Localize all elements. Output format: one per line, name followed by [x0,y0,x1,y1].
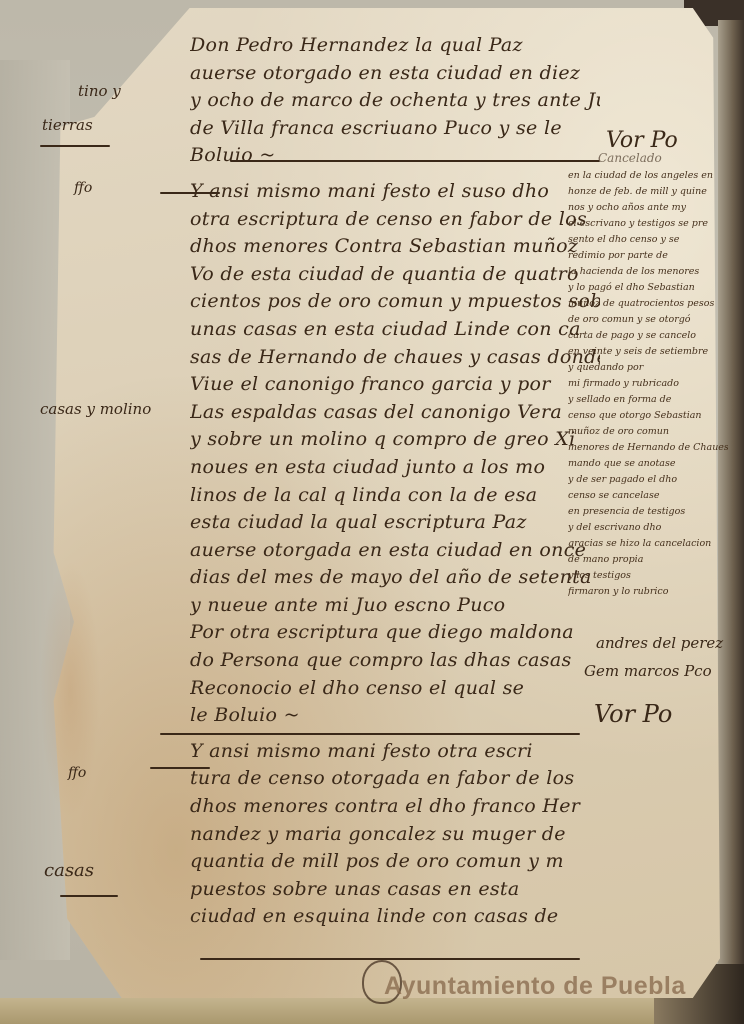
text-line: nandez y maria goncalez su muger de [190,821,600,849]
margin-note-1-line1: tino y [78,82,121,100]
text-line: unas casas en esta ciudad Linde con ca [190,316,600,344]
text-line: dias del mes de mayo del año de setenta [190,564,600,592]
text-line: de Villa franca escriuano Puco y se le [190,115,600,143]
text-line: dhos menores contra el dho franco Her [190,793,600,821]
text-line: y ocho de marco de ochenta y tres ante J… [190,87,600,115]
signature-middle-line2: Gem marcos Pco [584,662,712,680]
main-text-block: Don Pedro Hernandez la qual Paz auerse o… [190,32,600,931]
text-line: Por otra escriptura que diego maldona [190,619,600,647]
folio-mark-2: ffo [68,765,86,781]
watermark: Ayuntamiento de Puebla [384,972,686,1001]
text-line: le Boluio ~ [190,702,600,730]
text-line: dhos menores Contra Sebastian muñoz [190,233,600,261]
entry-flourish [160,192,220,194]
text-line: Don Pedro Hernandez la qual Paz [190,32,600,60]
text-line: otra escriptura de censo en fabor de los [190,206,600,234]
text-line: Y ansi mismo mani festo el suso dho [190,178,600,206]
text-line: y nueue ante mi Juo escno Puco [190,592,600,620]
text-line: auerse otorgada en esta ciudad en once [190,537,600,565]
text-line: Reconocio el dho censo el qual se [190,675,600,703]
text-line: noues en esta ciudad junto a los mo [190,454,600,482]
text-line: ciudad en esquina linde con casas de [190,903,600,931]
folio-mark-1: ffo [74,180,92,196]
text-line: linos de la cal q linda con la de esa [190,482,600,510]
cancelled-label: Cancelado [598,150,728,166]
text-line: auerse otorgado en esta ciudad en diez [190,60,600,88]
water-stain [40,560,100,820]
margin-note-1-line2: tierras [42,116,93,134]
text-line: Viue el canonigo franco garcia y por [190,371,600,399]
text-line: quantia de mill pos de oro comun y m [190,848,600,876]
signature-bottom: Vor Po [594,700,672,728]
text-line: y sobre un molino q compro de greo Xi [190,426,600,454]
text-line: do Persona que compro las dhas casas [190,647,600,675]
margin-note-2: casas y molino [40,400,151,418]
text-line: tura de censo otorgada en fabor de los [190,765,600,793]
text-line: Boluio ~ [190,142,600,170]
text-line: Y ansi mismo mani festo otra escri [190,738,600,766]
text-line: Las espaldas casas del canonigo Vera [190,399,600,427]
signature-middle-line1: andres del perez [596,634,723,652]
text-line: esta ciudad la qual escriptura Paz [190,509,600,537]
text-line: sas de Hernando de chaues y casas donde [190,344,600,372]
text-line: cientos pos de oro comun y mpuestos sobr… [190,288,600,316]
section-rule [230,160,600,162]
section-rule [160,733,580,735]
margin-rule [60,895,118,897]
margin-note-3: casas [44,860,94,881]
margin-rule [40,145,110,147]
section-rule [200,958,580,960]
right-margin-notes: Cancelado en la ciudad de los angeles en… [568,150,728,600]
text-line: puestos sobre unas casas en esta [190,876,600,904]
text-line: Vo de esta ciudad de quantia de quatro [190,261,600,289]
entry-flourish [150,767,210,769]
